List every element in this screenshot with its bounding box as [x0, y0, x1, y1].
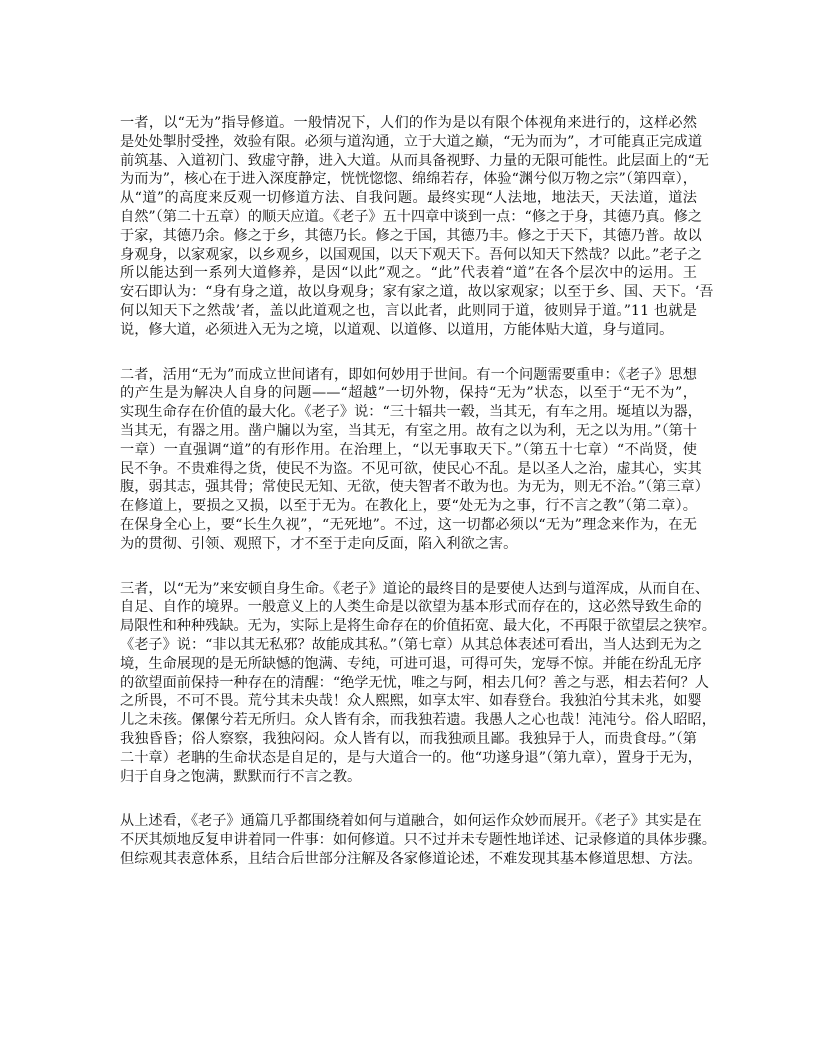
text-line: 二十章）老聃的生命状态是自足的，是与大道合一的。他“功遂身退”（第九章），置身于… [120, 749, 697, 768]
text-line: 但综观其表意体系，且结合后世部分注解及各家修道论述，不难发现其基本修道思想、方法… [120, 850, 697, 869]
text-line: 说，修大道，必须进入无为之境，以道观、以道修、以道用，方能体贴大道，身与道同。 [120, 321, 697, 340]
text-line: 我独昏昏；俗人察察，我独闷闷。众人皆有以，而我独顽且鄙。我独异于人，而贵食母。”… [120, 730, 697, 749]
text-line: 局限性和种种残缺。无为，实际上是将生命存在的价值拓宽、最大化，不再限于欲望层之狭… [120, 617, 697, 636]
text-line: 二者，活用“无为”而成立世间诸有，即如何妙用于世间。有一个问题需要重申：《老子》… [120, 366, 697, 385]
paragraph-3: 三者，以“无为”来安顿自身生命。《老子》道论的最终目的是要使人达到与道浑成，从而… [120, 580, 697, 787]
text-line: 实现生命存在价值的最大化。《老子》说：“三十辐共一毂，当其无，有车之用。埏埴以为… [120, 403, 697, 422]
text-line: 的产生是为解决人自身的问题——“超越”一切外物，保持“无为”状态，以至于“无不为… [120, 384, 697, 403]
text-line: 安石即认为：“身有身之道，故以身观身；家有家之道，故以家观家；以至于乡、国、天下… [120, 283, 697, 302]
document-page: 一者，以“无为”指导修道。一般情况下，人们的作为是以有限个体视角来进行的，这样必… [120, 114, 697, 895]
text-line: 归于自身之饱满，默默而行不言之教。 [120, 768, 697, 787]
text-line: 之所畏，不可不畏。荒兮其未央哉！众人熙熙，如享太牢、如春登台。我独泊兮其未兆，如… [120, 692, 697, 711]
text-line: 从上述看，《老子》通篇几乎都围绕着如何与道融合，如何运作众妙而展开。《老子》其实… [120, 812, 697, 831]
text-line: 一章）一直强调“道”的有形作用。在治理上，“以无事取天下。”（第五十七章）“不尚… [120, 441, 697, 460]
text-line: 前筑基、入道初门、致虚守静，进入大道。从而具备视野、力量的无限可能性。此层面上的… [120, 152, 697, 171]
text-line: 《老子》说：“非以其无私邪？故能成其私。”（第七章）从其总体表述可看出，当人达到… [120, 636, 697, 655]
text-line: 身观身，以家观家，以乡观乡，以国观国，以天下观天下。吾何以知天下然哉？以此。”老… [120, 246, 697, 265]
text-line: 三者，以“无为”来安顿自身生命。《老子》道论的最终目的是要使人达到与道浑成，从而… [120, 580, 697, 599]
text-line: 是处处掣肘受挫，效验有限。必须与道沟通，立于大道之巅，“无为而为”，才可能真正完… [120, 133, 697, 152]
text-line: 所以能达到一系列大道修养，是因“以此”观之。“此”代表着“道”在各个层次中的运用… [120, 264, 697, 283]
text-line: 境，生命展现的是无所缺憾的饱满、专纯，可进可退，可得可失，宠辱不惊。并能在纷乱无… [120, 655, 697, 674]
text-line: 于家，其德乃余。修之于乡，其德乃长。修之于国，其德乃丰。修之于天下，其德乃普。故… [120, 227, 697, 246]
text-line: 儿之未孩。傫傫兮若无所归。众人皆有余，而我独若遗。我愚人之心也哉！沌沌兮。俗人昭… [120, 711, 697, 730]
paragraph-1: 一者，以“无为”指导修道。一般情况下，人们的作为是以有限个体视角来进行的，这样必… [120, 114, 697, 340]
text-line: 腹，弱其志，强其骨；常使民无知、无欲，使夫智者不敢为也。为无为，则无不治。”（第… [120, 478, 697, 497]
text-line: 民不争。不贵难得之货，使民不为盗。不见可欲，使民心不乱。是以圣人之治，虚其心，实… [120, 460, 697, 479]
text-line: 当其无，有器之用。凿户牖以为室，当其无，有室之用。故有之以为利，无之以为用。”（… [120, 422, 697, 441]
text-line: 的欲望面前保持一种存在的清醒：“绝学无忧，唯之与阿，相去几何？善之与恶，相去若何… [120, 674, 697, 693]
text-line: 在保身全心上，要“长生久视”，“无死地”。不过，这一切都必须以“无为”理念来作为… [120, 516, 697, 535]
text-line: 自足、自作的境界。一般意义上的人类生命是以欲望为基本形式而存在的，这必然导致生命… [120, 598, 697, 617]
text-line: 一者，以“无为”指导修道。一般情况下，人们的作为是以有限个体视角来进行的，这样必… [120, 114, 697, 133]
text-line: 在修道上，要损之又损，以至于无为。在教化上，要“处无为之事，行不言之教”（第二章… [120, 497, 697, 516]
text-line: 为而为”，核心在于进入深度静定，恍恍惚惚、绵绵若存，体验“渊兮似万物之宗”（第四… [120, 170, 697, 189]
text-line: 为的贯彻、引领、观照下，才不至于走向反面，陷入利欲之害。 [120, 535, 697, 554]
text-line: 何以知天下之然哉’者，盖以此道观之也，言以此者，此则同于道，彼则异于道。”11 … [120, 302, 697, 321]
text-line: 自然”（第二十五章）的顺天应道。《老子》五十四章中谈到一点：“修之于身，其德乃真… [120, 208, 697, 227]
text-line: 从“道”的高度来反观一切修道方法、自我问题。最终实现“人法地，地法天，天法道，道… [120, 189, 697, 208]
paragraph-2: 二者，活用“无为”而成立世间诸有，即如何妙用于世间。有一个问题需要重申：《老子》… [120, 366, 697, 554]
text-line: 不厌其烦地反复申讲着同一件事：如何修道。只不过并未专题性地详述、记录修道的具体步… [120, 831, 697, 850]
paragraph-4: 从上述看，《老子》通篇几乎都围绕着如何与道融合，如何运作众妙而展开。《老子》其实… [120, 812, 697, 868]
